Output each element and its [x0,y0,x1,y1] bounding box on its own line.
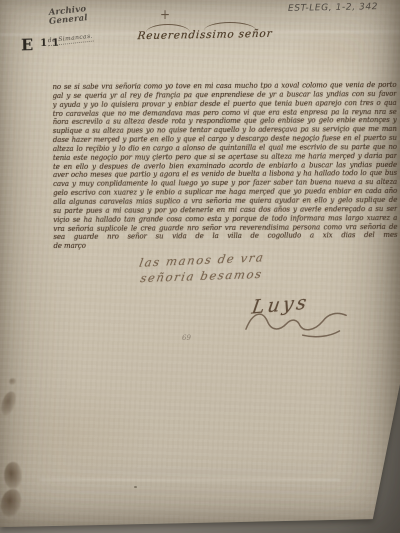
invocation-cross-mark: + [160,6,170,23]
paper-shadow-wrap: Archivo General de Simancas. E11 + EST-L… [0,0,400,533]
manuscript-line: de março [53,240,397,252]
ink-blot [0,390,18,417]
faint-ink-mark: 69 [182,334,191,342]
paper-crease [40,479,340,481]
manuscript-body-text: no se si sabe vra señoria como yo tove e… [52,81,397,251]
manuscript-page: Archivo General de Simancas. E11 + EST-L… [0,0,400,533]
archival-photograph: Archivo General de Simancas. E11 + EST-L… [0,0,400,533]
pencil-reference-annotation: EST-LEG, 1-2, 342 [288,2,378,14]
shelfmark-stamp: E11 [21,35,64,55]
ink-blot [0,488,22,518]
salutation-heading: Reuerendissimo señor [129,28,280,43]
shelfmark-letter: E [21,35,36,54]
signature-block: Luys [251,292,310,319]
closing-line: señoria besamos [139,267,264,285]
ink-blot [9,378,16,385]
signature-rubric [242,294,355,347]
ink-blot [2,461,24,490]
shelfmark-number: 11 [40,38,64,49]
paper-speck [134,486,137,488]
